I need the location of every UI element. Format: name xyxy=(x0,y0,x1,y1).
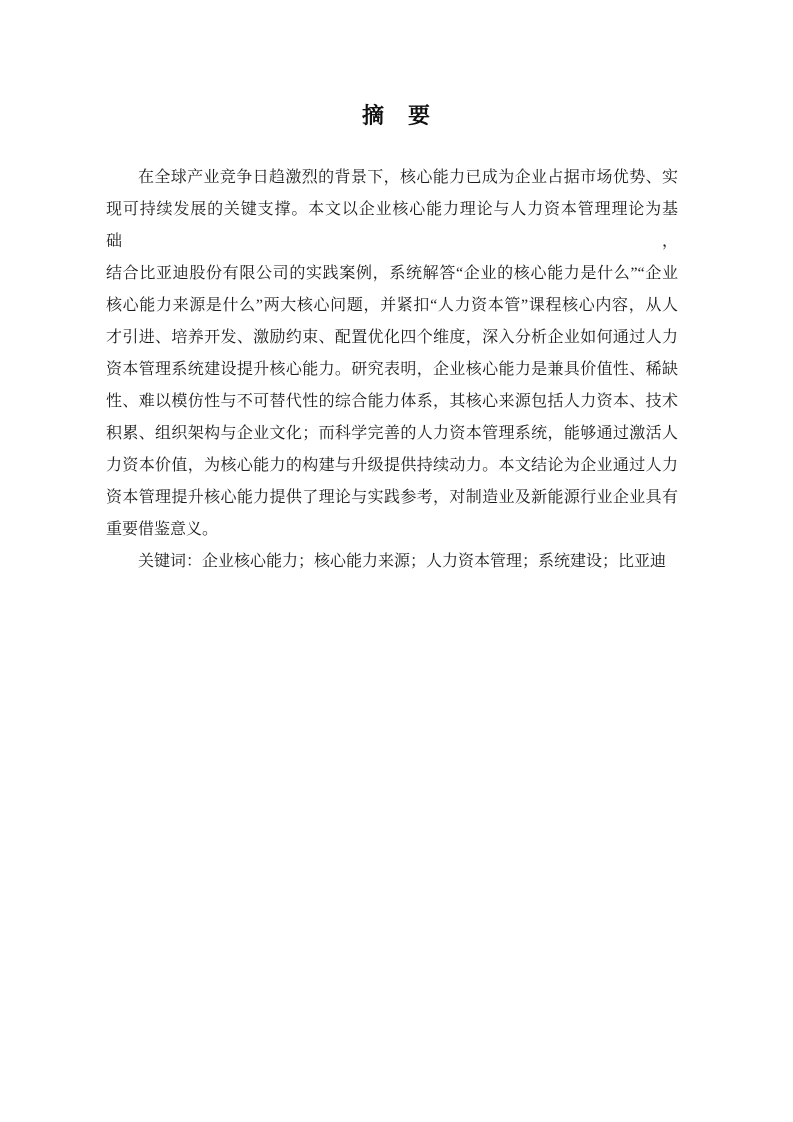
keywords-line: 关键词：企业核心能力；核心能力来源；人力资本管理；系统建设；比亚迪 xyxy=(106,546,678,578)
paragraph-line: 核心能力来源是什么”两大核心问题，并紧扣“人力资本管”课程核心内容，从人 xyxy=(106,290,678,322)
document-page: 摘 要 在全球产业竞争日趋激烈的背景下，核心能力已成为企业占据市场优势、实现可持… xyxy=(0,0,793,1122)
paragraph-line: 结合比亚迪股份有限公司的实践案例，系统解答“企业的核心能力是什么”“企业 xyxy=(106,258,678,290)
paragraph-line: 重要借鉴意义。 xyxy=(106,514,678,546)
paragraph-line: 现可持续发展的关键支撑。本文以企业核心能力理论与人力资本管理理论为基础， xyxy=(106,194,678,258)
abstract-title: 摘 要 xyxy=(0,101,793,131)
paragraph-line: 性、难以模仿性与不可替代性的综合能力体系，其核心来源包括人力资本、技术 xyxy=(106,386,678,418)
paragraph-line: 力资本价值，为核心能力的构建与升级提供持续动力。本文结论为企业通过人力 xyxy=(106,450,678,482)
paragraph-line: 资本管理提升核心能力提供了理论与实践参考，对制造业及新能源行业企业具有 xyxy=(106,482,678,514)
paragraph-line: 在全球产业竞争日趋激烈的背景下，核心能力已成为企业占据市场优势、实 xyxy=(106,162,678,194)
paragraph-line: 资本管理系统建设提升核心能力。研究表明，企业核心能力是兼具价值性、稀缺 xyxy=(106,354,678,386)
paragraph-line: 才引进、培养开发、激励约束、配置优化四个维度，深入分析企业如何通过人力 xyxy=(106,322,678,354)
abstract-paragraph: 在全球产业竞争日趋激烈的背景下，核心能力已成为企业占据市场优势、实现可持续发展的… xyxy=(106,162,678,546)
abstract-body: 在全球产业竞争日趋激烈的背景下，核心能力已成为企业占据市场优势、实现可持续发展的… xyxy=(106,162,678,578)
paragraph-line: 积累、组织架构与企业文化；而科学完善的人力资本管理系统，能够通过激活人 xyxy=(106,418,678,450)
